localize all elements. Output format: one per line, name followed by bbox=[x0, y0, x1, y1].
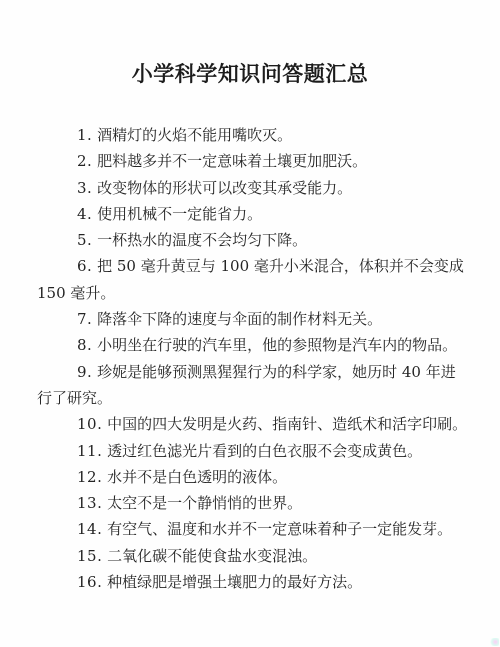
item-text: 太空不是一个静悄悄的世界。 bbox=[107, 494, 302, 512]
item-text: 透过红色滤光片看到的白色衣服不会变成黄色。 bbox=[107, 442, 422, 460]
page-title: 小学科学知识问答题汇总 bbox=[0, 0, 500, 88]
item-text: 中国的四大发明是火药、指南针、造纸术和活字印刷。 bbox=[107, 415, 467, 433]
document-page: 小学科学知识问答题汇总 1. 酒精灯的火焰不能用嘴吹灭。2. 肥料越多并不一定意… bbox=[0, 0, 500, 647]
item-number: 12. bbox=[77, 468, 102, 486]
item-text: 一杯热水的温度不会均匀下降。 bbox=[97, 231, 307, 249]
list-item: 8. 小明坐在行驶的汽车里，他的参照物是汽车内的物品。 bbox=[37, 332, 470, 358]
list-item: 5. 一杯热水的温度不会均匀下降。 bbox=[37, 227, 470, 253]
item-text: 改变物体的形状可以改变其承受能力。 bbox=[97, 179, 352, 197]
item-number: 14. bbox=[77, 520, 102, 538]
item-text: 把 50 毫升黄豆与 100 毫升小米混合，体积并不会变成 150 毫升。 bbox=[37, 257, 464, 301]
item-text: 珍妮是能够预测黑猩猩行为的科学家，她历时 40 年进行了研究。 bbox=[37, 363, 456, 407]
item-number: 3. bbox=[77, 179, 92, 197]
list-item: 16. 种植绿肥是增强土壤肥力的最好方法。 bbox=[37, 569, 470, 595]
list-item: 14. 有空气、温度和水并不一定意味着种子一定能发芽。 bbox=[37, 516, 470, 542]
item-number: 11. bbox=[77, 442, 102, 460]
item-text: 种植绿肥是增强土壤肥力的最好方法。 bbox=[107, 573, 362, 591]
item-text: 酒精灯的火焰不能用嘴吹灭。 bbox=[97, 126, 292, 144]
item-text: 有空气、温度和水并不一定意味着种子一定能发芽。 bbox=[107, 520, 452, 538]
item-text: 降落伞下降的速度与伞面的制作材料无关。 bbox=[97, 310, 382, 328]
item-number: 13. bbox=[77, 494, 102, 512]
list-item: 9. 珍妮是能够预测黑猩猩行为的科学家，她历时 40 年进行了研究。 bbox=[37, 359, 470, 412]
list-item: 6. 把 50 毫升黄豆与 100 毫升小米混合，体积并不会变成 150 毫升。 bbox=[37, 253, 470, 306]
item-number: 6. bbox=[77, 257, 92, 275]
item-number: 16. bbox=[77, 573, 102, 591]
item-number: 10. bbox=[77, 415, 102, 433]
item-number: 8. bbox=[77, 336, 92, 354]
list-item: 10. 中国的四大发明是火药、指南针、造纸术和活字印刷。 bbox=[37, 411, 470, 437]
item-number: 1. bbox=[77, 126, 92, 144]
item-number: 15. bbox=[77, 547, 102, 565]
item-number: 4. bbox=[77, 205, 92, 223]
item-text: 肥料越多并不一定意味着土壤更加肥沃。 bbox=[97, 152, 367, 170]
item-number: 2. bbox=[77, 152, 92, 170]
list-item: 3. 改变物体的形状可以改变其承受能力。 bbox=[37, 175, 470, 201]
item-text: 二氧化碳不能使食盐水变混浊。 bbox=[107, 547, 317, 565]
item-number: 9. bbox=[77, 363, 92, 381]
list-item: 1. 酒精灯的火焰不能用嘴吹灭。 bbox=[37, 122, 470, 148]
list-item: 15. 二氧化碳不能使食盐水变混浊。 bbox=[37, 543, 470, 569]
item-text: 水并不是白色透明的液体。 bbox=[107, 468, 287, 486]
item-text: 小明坐在行驶的汽车里，他的参照物是汽车内的物品。 bbox=[97, 336, 457, 354]
item-number: 5. bbox=[77, 231, 92, 249]
list-item: 2. 肥料越多并不一定意味着土壤更加肥沃。 bbox=[37, 148, 470, 174]
scan-artifact bbox=[490, 638, 499, 646]
list-item: 11. 透过红色滤光片看到的白色衣服不会变成黄色。 bbox=[37, 438, 470, 464]
list-item: 12. 水并不是白色透明的液体。 bbox=[37, 464, 470, 490]
list-item: 13. 太空不是一个静悄悄的世界。 bbox=[37, 490, 470, 516]
question-list: 1. 酒精灯的火焰不能用嘴吹灭。2. 肥料越多并不一定意味着土壤更加肥沃。3. … bbox=[37, 122, 470, 595]
list-item: 4. 使用机械不一定能省力。 bbox=[37, 201, 470, 227]
item-text: 使用机械不一定能省力。 bbox=[97, 205, 262, 223]
item-number: 7. bbox=[77, 310, 92, 328]
list-item: 7. 降落伞下降的速度与伞面的制作材料无关。 bbox=[37, 306, 470, 332]
